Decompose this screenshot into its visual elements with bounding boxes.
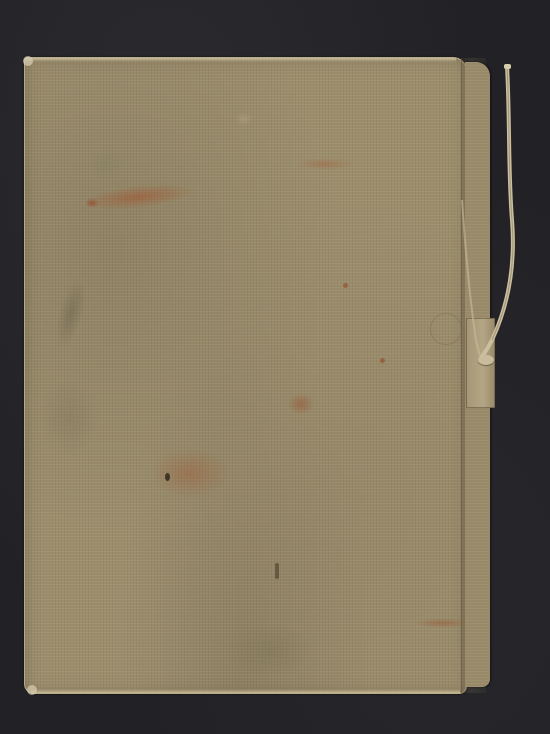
string-knot (478, 355, 494, 365)
tie-string (0, 0, 550, 734)
